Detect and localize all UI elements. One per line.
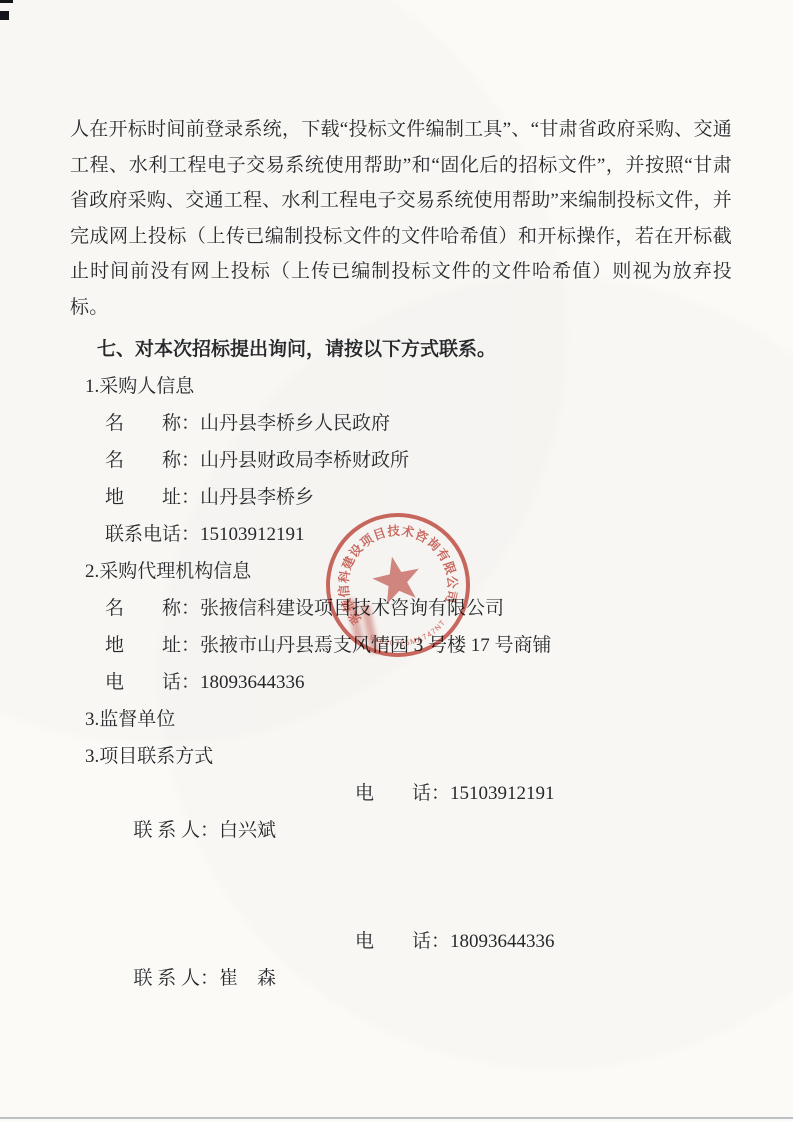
field-label: 名 称： — [105, 450, 200, 471]
agency-name-row: 名 称：张掖信科建设项目技术咨询有限公司 — [105, 590, 732, 627]
field-value: 张掖信科建设项目技术咨询有限公司 — [200, 598, 504, 619]
field-label: 联系电话： — [105, 524, 200, 545]
agency-heading: 2.采购代理机构信息 — [85, 553, 732, 590]
contact-row-2: 联 系 人：崔 森 电 话：18093644336 — [105, 923, 732, 1071]
contact-phone-part: 电 话：15103912191 — [355, 775, 555, 812]
field-label: 地 址： — [105, 487, 200, 508]
contact-phone: 18093644336 — [450, 931, 555, 952]
purchaser-name-row-1: 名 称：山丹县李桥乡人民政府 — [105, 405, 732, 442]
purchaser-heading: 1.采购人信息 — [85, 368, 732, 405]
contact-name: 白兴斌 — [219, 820, 276, 841]
document-content: 人在开标时间前登录系统，下载“投标文件编制工具”、“甘肃省政府采购、交通工程、水… — [70, 112, 732, 1071]
scan-artifact-top — [0, 0, 13, 3]
agency-address-row: 地 址：张掖市山丹县焉支风情园 3 号楼 17 号商铺 — [105, 627, 732, 664]
purchaser-address-row: 地 址：山丹县李桥乡 — [105, 479, 732, 516]
field-value: 山丹县李桥乡 — [200, 487, 314, 508]
scanned-document-page: 人在开标时间前登录系统，下载“投标文件编制工具”、“甘肃省政府采购、交通工程、水… — [0, 0, 793, 1122]
contact-phone-part: 电 话：18093644336 — [355, 923, 555, 960]
contact-phone-label: 电 话： — [355, 783, 450, 804]
field-label: 名 称： — [105, 413, 200, 434]
contact-name: 崔 森 — [219, 968, 276, 989]
intro-paragraph: 人在开标时间前登录系统，下载“投标文件编制工具”、“甘肃省政府采购、交通工程、水… — [70, 112, 732, 326]
field-value: 山丹县财政局李桥财政所 — [200, 450, 409, 471]
field-label: 名 称： — [105, 598, 200, 619]
field-value: 张掖市山丹县焉支风情园 3 号楼 17 号商铺 — [200, 635, 552, 656]
contact-phone-label: 电 话： — [355, 931, 450, 952]
field-value: 山丹县李桥乡人民政府 — [200, 413, 390, 434]
field-value: 18093644336 — [200, 672, 305, 693]
page-edge-shadow — [0, 1117, 793, 1119]
field-label: 电 话： — [105, 672, 200, 693]
contact-phone: 15103912191 — [450, 783, 555, 804]
field-label: 地 址： — [105, 635, 200, 656]
contact-name-label: 联 系 人： — [134, 820, 220, 841]
contact-name-label: 联 系 人： — [134, 968, 220, 989]
contact-row-1: 联 系 人：白兴斌 电 话：15103912191 — [105, 775, 732, 923]
supervisor-heading: 3.监督单位 — [85, 701, 732, 738]
purchaser-name-row-2: 名 称：山丹县财政局李桥财政所 — [105, 442, 732, 479]
project-contacts-heading: 3.项目联系方式 — [85, 738, 732, 775]
scan-artifact-left — [0, 11, 9, 20]
section-heading: 七、对本次招标提出询问，请按以下方式联系。 — [97, 331, 732, 368]
field-value: 15103912191 — [200, 524, 305, 545]
agency-phone-row: 电 话：18093644336 — [105, 664, 732, 701]
purchaser-phone-row: 联系电话：15103912191 — [105, 516, 732, 553]
